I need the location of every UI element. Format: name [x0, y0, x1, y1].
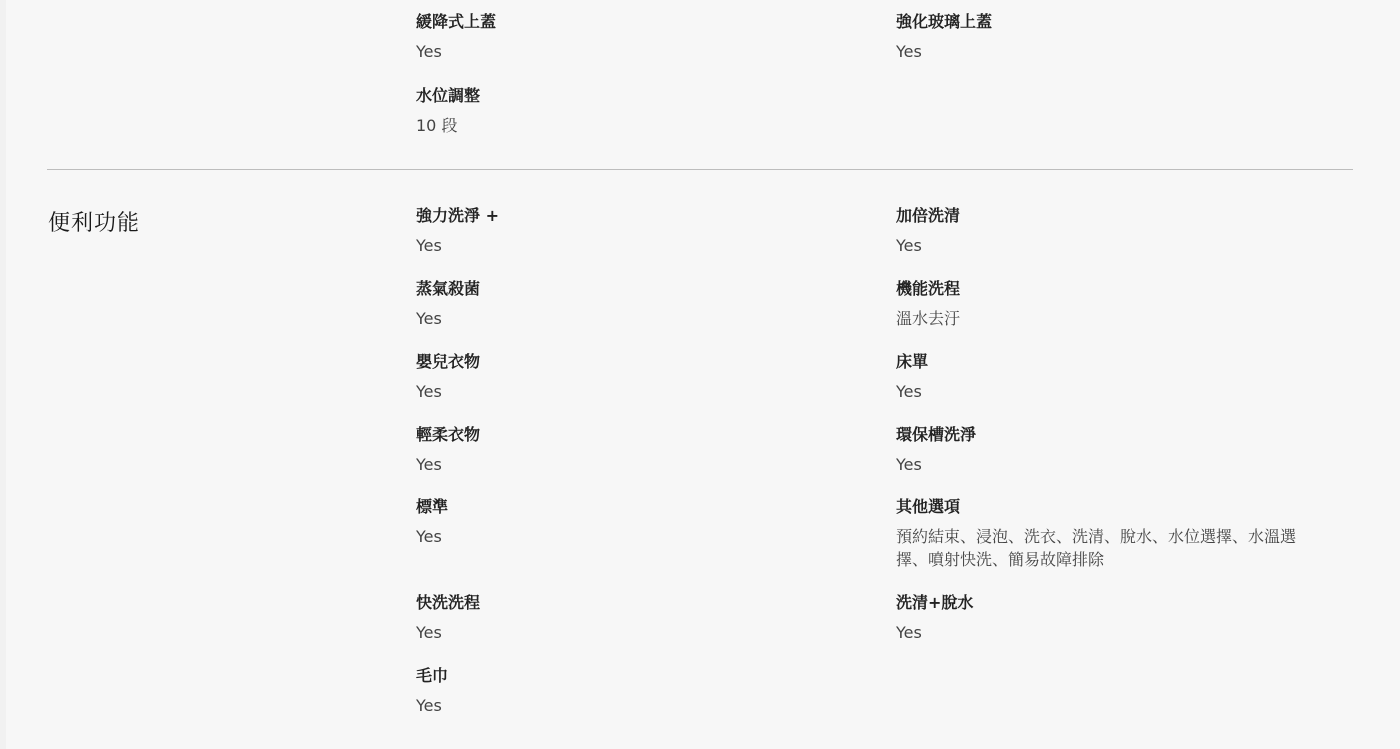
spec-item: 加倍洗清 Yes	[896, 206, 1336, 257]
spec-value: Yes	[416, 694, 856, 717]
spec-item: 緩降式上蓋 Yes	[416, 12, 856, 63]
spec-item: 床單 Yes	[896, 352, 1336, 403]
spec-item: 其他選項 預約結束、浸泡、洗衣、洗清、脫水、水位選擇、水溫選擇、噴射快洗、簡易故…	[896, 497, 1326, 571]
spec-label: 嬰兒衣物	[416, 352, 856, 372]
spec-label: 強化玻璃上蓋	[896, 12, 1336, 32]
spec-label: 強力洗淨 +	[416, 206, 856, 226]
spec-label: 環保槽洗淨	[896, 425, 1336, 445]
spec-value: 10 段	[416, 114, 856, 137]
spec-label: 加倍洗清	[896, 206, 1336, 226]
spec-item: 蒸氣殺菌 Yes	[416, 279, 856, 330]
spec-item: 強化玻璃上蓋 Yes	[896, 12, 1336, 63]
page-edge	[0, 0, 6, 749]
spec-item: 快洗洗程 Yes	[416, 593, 856, 644]
spec-value: Yes	[416, 525, 856, 548]
spec-label: 水位調整	[416, 86, 856, 106]
spec-label: 快洗洗程	[416, 593, 856, 613]
spec-value: Yes	[896, 621, 1336, 644]
spec-value: 溫水去汙	[896, 307, 1336, 330]
spec-value: Yes	[416, 40, 856, 63]
spec-label: 蒸氣殺菌	[416, 279, 856, 299]
spec-label: 輕柔衣物	[416, 425, 856, 445]
spec-item: 強力洗淨 + Yes	[416, 206, 856, 257]
spec-item: 環保槽洗淨 Yes	[896, 425, 1336, 476]
spec-item: 嬰兒衣物 Yes	[416, 352, 856, 403]
spec-value: Yes	[416, 307, 856, 330]
spec-item: 標準 Yes	[416, 497, 856, 548]
spec-label: 標準	[416, 497, 856, 517]
spec-item: 機能洗程 溫水去汙	[896, 279, 1336, 330]
spec-label: 機能洗程	[896, 279, 1336, 299]
section-title: 便利功能	[48, 206, 140, 237]
spec-item: 水位調整 10 段	[416, 86, 856, 137]
spec-item: 輕柔衣物 Yes	[416, 425, 856, 476]
spec-value: Yes	[416, 621, 856, 644]
spec-page: 緩降式上蓋 Yes 強化玻璃上蓋 Yes 水位調整 10 段 便利功能 強力洗淨…	[0, 0, 1400, 749]
spec-label: 毛巾	[416, 666, 856, 686]
spec-item: 毛巾 Yes	[416, 666, 856, 717]
spec-value: Yes	[896, 380, 1336, 403]
spec-value: Yes	[416, 380, 856, 403]
spec-value: Yes	[896, 234, 1336, 257]
spec-value: 預約結束、浸泡、洗衣、洗清、脫水、水位選擇、水溫選擇、噴射快洗、簡易故障排除	[896, 525, 1326, 571]
spec-label: 緩降式上蓋	[416, 12, 856, 32]
spec-value: Yes	[896, 40, 1336, 63]
spec-label: 其他選項	[896, 497, 1326, 517]
section-divider	[47, 169, 1353, 170]
spec-label: 洗清+脫水	[896, 593, 1336, 613]
spec-value: Yes	[416, 234, 856, 257]
spec-value: Yes	[896, 453, 1336, 476]
spec-value: Yes	[416, 453, 856, 476]
spec-item: 洗清+脫水 Yes	[896, 593, 1336, 644]
spec-label: 床單	[896, 352, 1336, 372]
